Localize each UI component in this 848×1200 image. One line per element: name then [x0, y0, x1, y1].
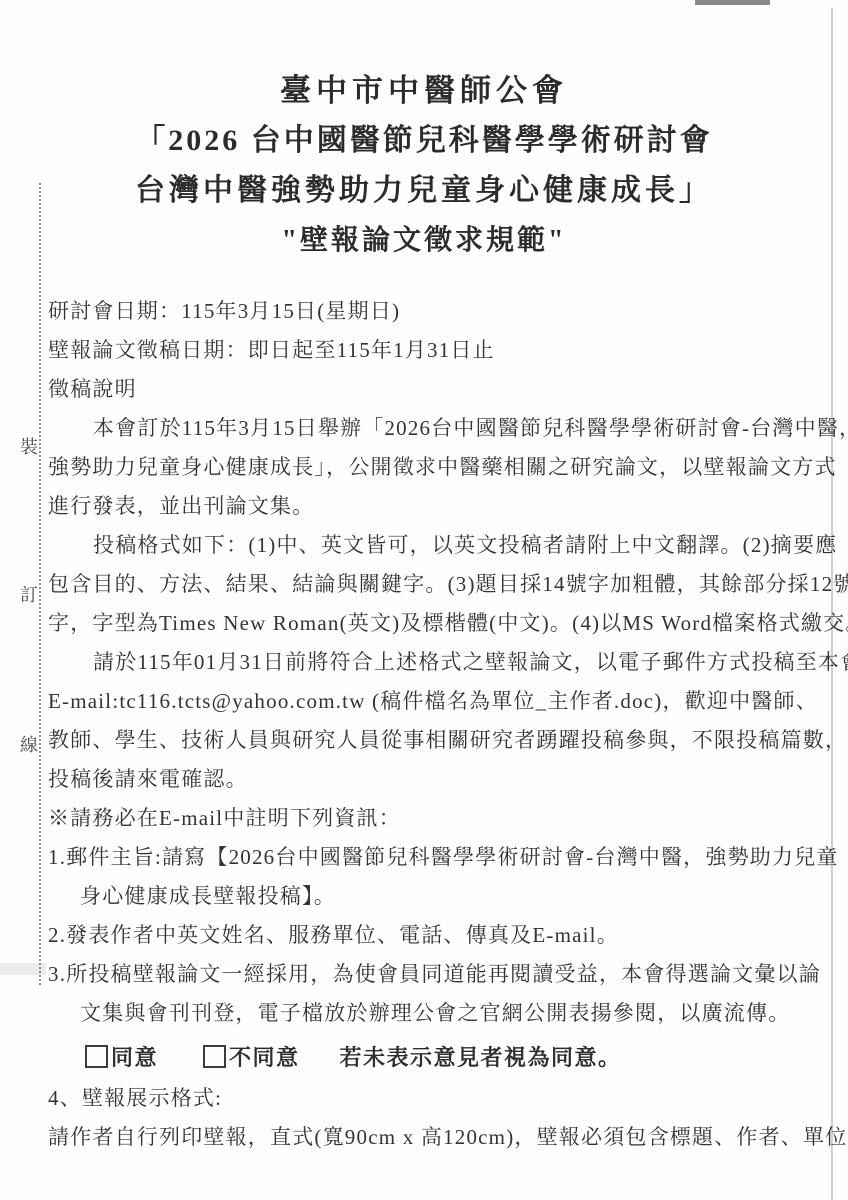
- consent-note: 若未表示意見者視為同意。: [340, 1041, 622, 1072]
- body-line: ※請務必在E-mail中註明下列資訊：: [48, 799, 832, 838]
- document-body: 研討會日期：115年3月15日(星期日)壁報論文徵稿日期：即日起至115年1月3…: [48, 292, 832, 1157]
- consent-row: 同意 不同意 若未表示意見者視為同意。: [48, 1033, 832, 1079]
- body-line: 強勢助力兒童身心健康成長」，公開徵求中醫藥相關之研究論文，以壁報論文方式: [48, 448, 832, 487]
- agree-option[interactable]: 同意: [85, 1041, 158, 1072]
- body-line: 投稿後請來電確認。: [48, 760, 832, 799]
- conference-title-line2: 台灣中醫強勢助力兒童身心健康成長」: [0, 166, 848, 216]
- document-subtitle: "壁報論文徵求規範": [0, 216, 848, 266]
- body-line: 研討會日期：115年3月15日(星期日): [48, 292, 832, 331]
- body-line: 1.郵件主旨:請寫【2026台中國醫節兒科醫學學術研討會-台灣中醫，強勢助力兒童: [48, 838, 832, 877]
- body-line: 壁報論文徵稿日期：即日起至115年1月31日止: [48, 331, 832, 370]
- body-line: 包含目的、方法、結果、結論與關鍵字。(3)題目採14號字加粗體，其餘部分採12號: [48, 565, 832, 604]
- document-header: 臺中市中醫師公會 「2026 台中國醫節兒科醫學學術研討會 台灣中醫強勢助力兒童…: [0, 66, 848, 266]
- agree-checkbox[interactable]: [85, 1045, 108, 1068]
- binding-mark-xian: 線: [16, 734, 42, 756]
- body-lines-after-consent: 4、壁報展示格式:請作者自行列印壁報，直式(寬90cm x 高120cm)，壁報…: [48, 1079, 832, 1157]
- org-name: 臺中市中醫師公會: [0, 66, 848, 116]
- disagree-checkbox[interactable]: [203, 1045, 226, 1068]
- binding-mark-zhuang: 裝: [16, 436, 42, 458]
- body-line: 請作者自行列印壁報，直式(寬90cm x 高120cm)，壁報必須包含標題、作者…: [48, 1118, 832, 1157]
- disagree-label: 不同意: [229, 1041, 300, 1072]
- scan-artifact-top: [695, 0, 770, 5]
- body-line: E-mail:tc116.tcts@yahoo.com.tw (稿件檔名為單位_…: [48, 682, 832, 721]
- body-line: 徵稿說明: [48, 370, 832, 409]
- body-line: 身心健康成長壁報投稿】。: [48, 877, 832, 916]
- body-line: 投稿格式如下：(1)中、英文皆可，以英文投稿者請附上中文翻譯。(2)摘要應: [48, 526, 832, 565]
- agree-label: 同意: [111, 1041, 158, 1072]
- body-line: 本會訂於115年3月15日舉辦「2026台中國醫節兒科醫學學術研討會-台灣中醫，: [48, 409, 832, 448]
- body-line: 文集與會刊刊登，電子檔放於辦理公會之官網公開表揚參閱，以廣流傳。: [48, 994, 832, 1033]
- body-lines-before-consent: 研討會日期：115年3月15日(星期日)壁報論文徵稿日期：即日起至115年1月3…: [48, 292, 832, 1033]
- body-line: 進行發表，並出刊論文集。: [48, 487, 832, 526]
- body-line: 請於115年01月31日前將符合上述格式之壁報論文，以電子郵件方式投稿至本會: [48, 643, 832, 682]
- body-line: 字，字型為Times New Roman(英文)及標楷體(中文)。(4)以MS …: [48, 604, 832, 643]
- conference-title-line1: 「2026 台中國醫節兒科醫學學術研討會: [0, 116, 848, 166]
- body-line: 2.發表作者中英文姓名、服務單位、電話、傳真及E-mail。: [48, 916, 832, 955]
- body-line: 教師、學生、技術人員與研究人員從事相關研究者踴躍投稿參與，不限投稿篇數，: [48, 721, 832, 760]
- disagree-option[interactable]: 不同意: [203, 1041, 300, 1072]
- scanned-document-page: 裝 訂 線 臺中市中醫師公會 「2026 台中國醫節兒科醫學學術研討會 台灣中醫…: [0, 0, 848, 1200]
- body-line: 4、壁報展示格式:: [48, 1079, 832, 1118]
- body-line: 3.所投稿壁報論文一經採用，為使會員同道能再閱讀受益，本會得選論文彙以論: [48, 955, 832, 994]
- binding-mark-ding: 訂: [16, 584, 42, 606]
